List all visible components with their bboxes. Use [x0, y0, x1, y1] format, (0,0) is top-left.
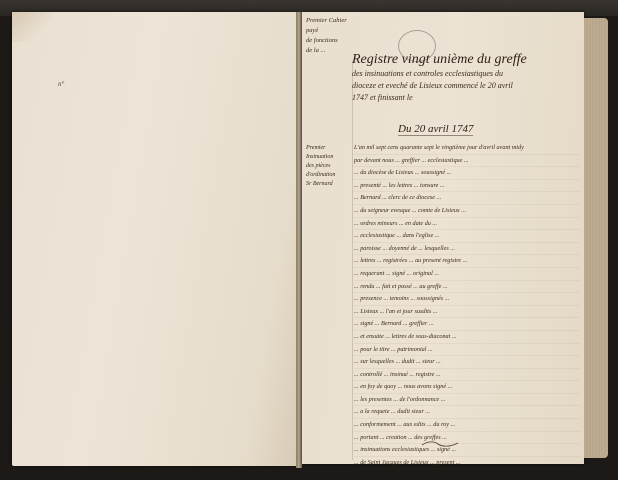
manuscript-line: ... du diocèse de Lisieux ... soussigné …: [354, 167, 580, 180]
title-line: dioceze et eveché de Lisieux commencé le…: [352, 80, 582, 92]
margin-entry-line: Premier: [306, 144, 352, 153]
page-edges: [584, 18, 608, 458]
manuscript-line: ... signé ... Bernard ... greffier ...: [354, 318, 580, 331]
manuscript-line: ... sur lesquelles ... dudit ... sieur .…: [354, 356, 580, 369]
manuscript-line: ... Lisieux ... l'an et jour susdits ...: [354, 306, 580, 319]
manuscript-line: ... ordres mineurs ... en date du ...: [354, 218, 580, 231]
manuscript-line: ... en foy de quoy ... nous avons signé …: [354, 381, 580, 394]
manuscript-line: ... Bernard ... clerc de ce diocese ...: [354, 192, 580, 205]
manuscript-line: ... pour le titre ... patrimonial ...: [354, 344, 580, 357]
title-line: Registre vingt unième du greffe: [352, 52, 582, 68]
manuscript-line: ... ecclesiastique ... dans l'eglise ...: [354, 230, 580, 243]
margin-note-line: de fonctions: [306, 36, 358, 46]
margin-entry-line: des pièces: [306, 162, 352, 171]
margin-entry-line: Sr Bernard: [306, 180, 352, 189]
manuscript-line: ... du seigneur evesque ... comte de Lis…: [354, 205, 580, 218]
manuscript-line: par devant nous ... greffier ... ecclesi…: [354, 155, 580, 168]
manuscript-line: ... et ensuite ... lettres de sous-diaco…: [354, 331, 580, 344]
paraph-flourish-icon: [420, 440, 460, 448]
manuscript-line: ... conformement ... aux edits ... du ro…: [354, 419, 580, 432]
manuscript-line: ... lettres ... registrées ... au presen…: [354, 255, 580, 268]
manuscript-line: ... requerant ... signé ... original ...: [354, 268, 580, 281]
margin-rule: [352, 60, 353, 460]
margin-entry-line: Insinuation: [306, 153, 352, 162]
body-text: L'an mil sept cens quarante sept le ving…: [354, 142, 580, 469]
margin-top-note: Premier Cahier payé de fonctions de la .…: [306, 16, 358, 56]
margin-note-line: de la ...: [306, 46, 358, 56]
date-heading: Du 20 avril 1747: [398, 123, 473, 136]
manuscript-line: ... controllé ... insinué ... registre .…: [354, 369, 580, 382]
manuscript-line: ... insinuations ecclesiastiques ... sig…: [354, 444, 580, 457]
manuscript-line: ... a la requete ... dudit sieur ...: [354, 406, 580, 419]
margin-note-line: Premier Cahier: [306, 16, 358, 26]
left-page-blank: n°: [12, 12, 298, 466]
manuscript-line: ... paroisse ... doyenné de ... lesquell…: [354, 243, 580, 256]
manuscript-line: ... presence ... temoins ... soussignés …: [354, 293, 580, 306]
margin-entry-line: d'ordination: [306, 171, 352, 180]
manuscript-line: ... rendu ... fait et passé ... au greff…: [354, 281, 580, 294]
margin-note-line: payé: [306, 26, 358, 36]
manuscript-line: ... les presentes ... de l'ordonnance ..…: [354, 394, 580, 407]
margin-entry-note: Premier Insinuation des pièces d'ordinat…: [306, 144, 352, 189]
manuscript-line: ... portant ... creation ... des greffes…: [354, 432, 580, 445]
title-line: 1747 et finissant le: [352, 92, 582, 104]
title-line: des insinuations et controles ecclesiast…: [352, 68, 582, 80]
manuscript-line: ... de Saint Jacques de Lisieux ... pres…: [354, 457, 580, 470]
manuscript-line: L'an mil sept cens quarante sept le ving…: [354, 142, 580, 155]
left-page-note: n°: [58, 80, 64, 88]
manuscript-line: ... presenté ... les lettres ... tonsure…: [354, 180, 580, 193]
register-title: Registre vingt unième du greffe des insi…: [352, 52, 582, 104]
